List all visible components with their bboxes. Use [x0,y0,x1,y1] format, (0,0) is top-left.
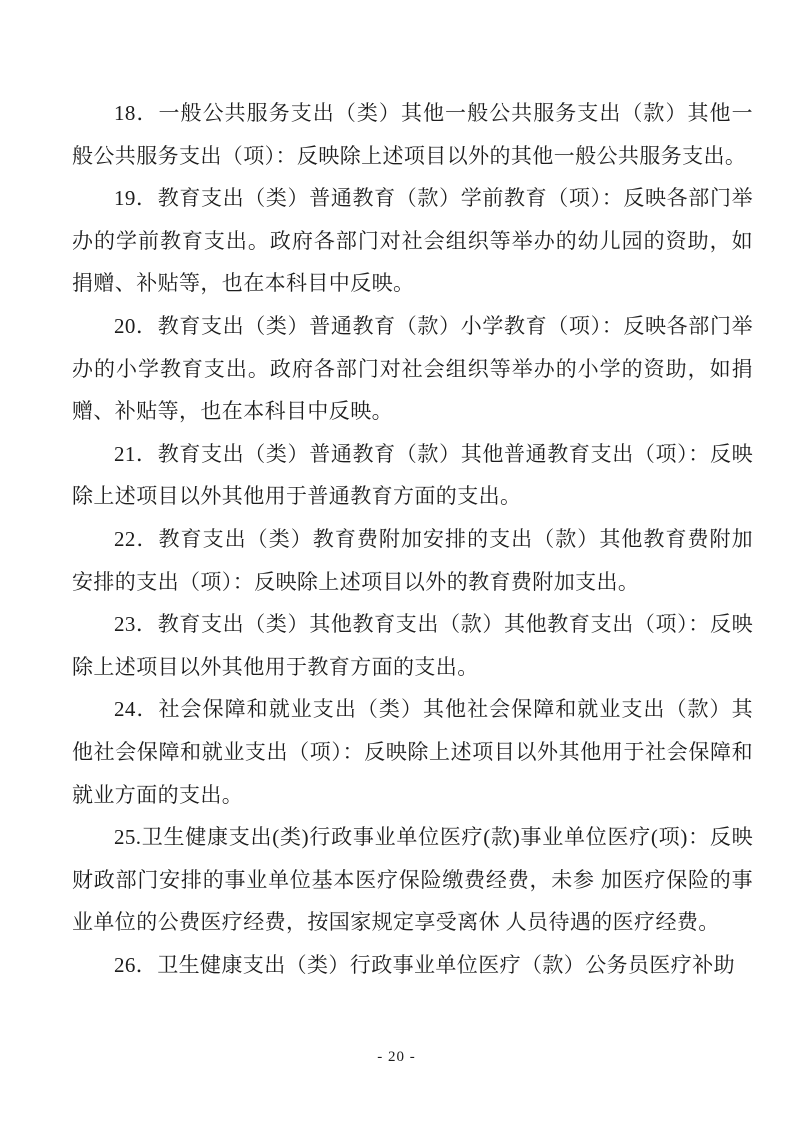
paragraph-item-20: 20．教育支出（类）普通教育（款）小学教育（项）：反映各部门举办的小学教育支出。… [72,305,753,433]
paragraph-item-26: 26．卫生健康支出（类）行政事业单位医疗（款）公务员医疗补助 [72,944,753,987]
document-body: 18．一般公共服务支出（类）其他一般公共服务支出（款）其他一般公共服务支出（项）… [72,92,753,986]
paragraph-item-18: 18．一般公共服务支出（类）其他一般公共服务支出（款）其他一般公共服务支出（项）… [72,92,753,177]
paragraph-item-22: 22．教育支出（类）教育费附加安排的支出（款）其他教育费附加安排的支出（项）：反… [72,518,753,603]
paragraph-item-24: 24．社会保障和就业支出（类）其他社会保障和就业支出（款）其他社会保障和就业支出… [72,688,753,816]
document-page: 18．一般公共服务支出（类）其他一般公共服务支出（款）其他一般公共服务支出（项）… [0,0,793,1122]
page-number: - 20 - [0,1049,793,1066]
paragraph-item-19: 19．教育支出（类）普通教育（款）学前教育（项）：反映各部门举办的学前教育支出。… [72,177,753,305]
paragraph-item-23: 23．教育支出（类）其他教育支出（款）其他教育支出（项）：反映除上述项目以外其他… [72,603,753,688]
paragraph-item-25: 25.卫生健康支出(类)行政事业单位医疗(款)事业单位医疗(项)：反映财政部门安… [72,816,753,944]
paragraph-item-21: 21．教育支出（类）普通教育（款）其他普通教育支出（项）：反映除上述项目以外其他… [72,433,753,518]
